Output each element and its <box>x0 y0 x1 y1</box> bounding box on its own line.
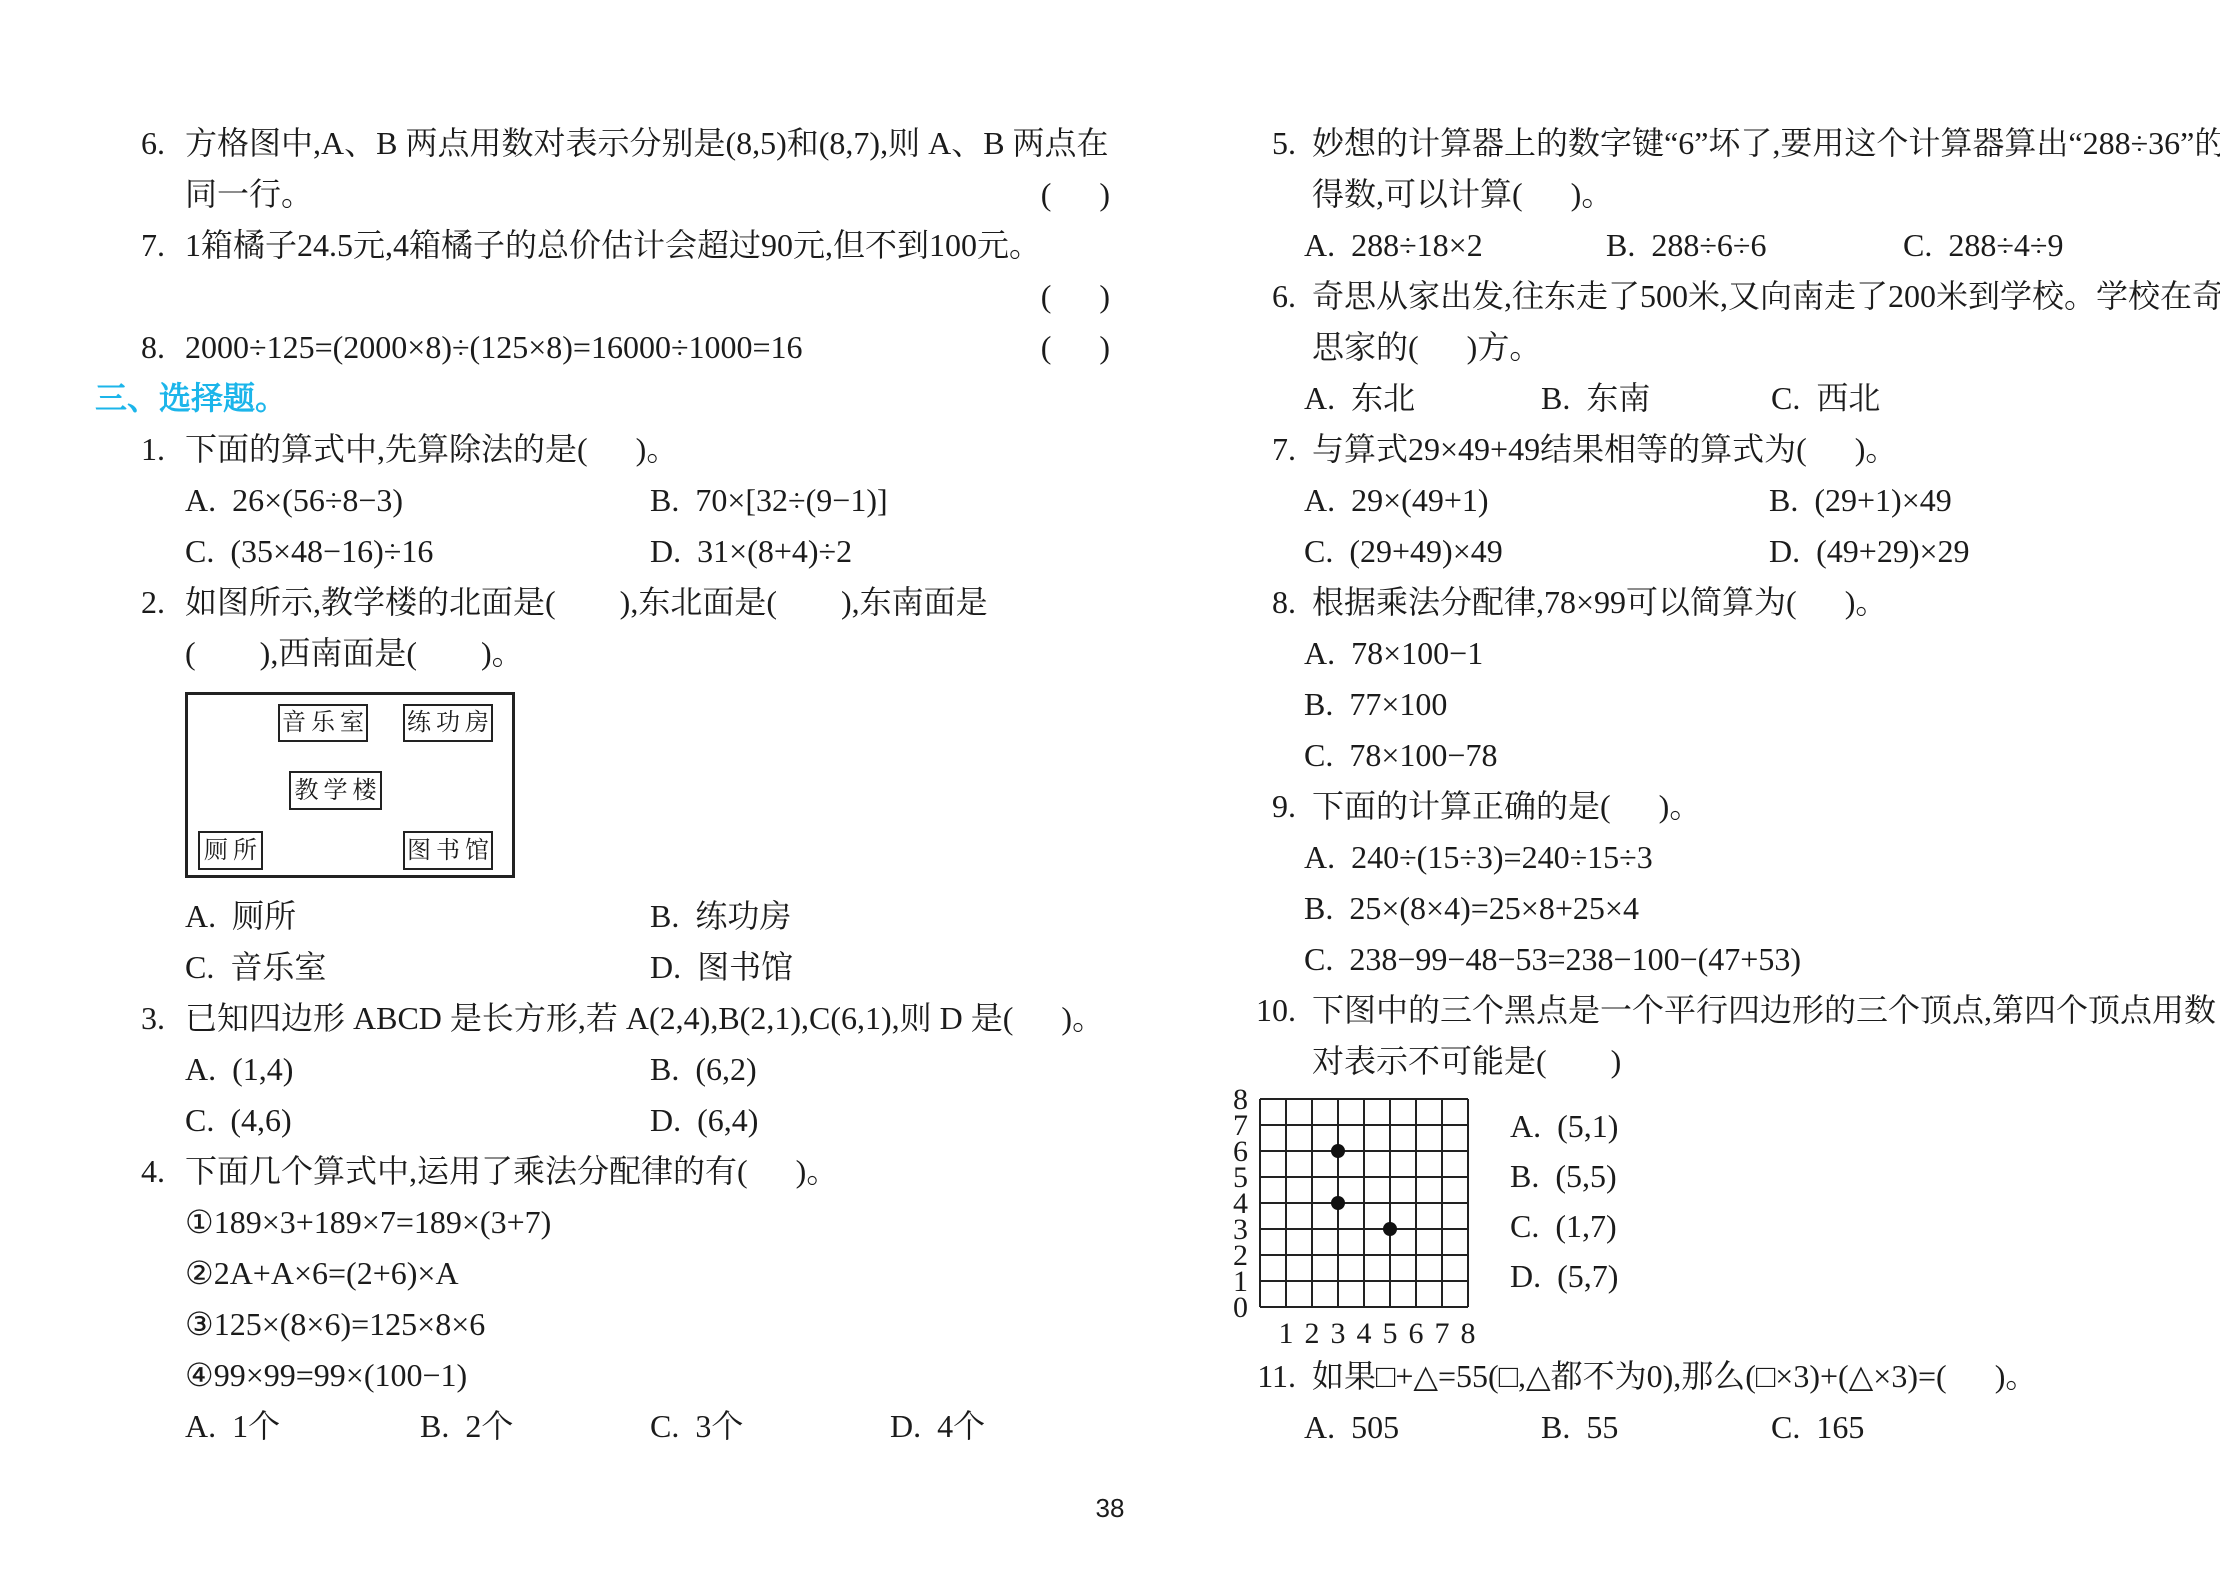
option-b: B. 288÷6÷6 <box>1606 220 1903 271</box>
choice-question-3: 3. 已知四边形 ABCD 是长方形,若 A(2,4),B(2,1),C(6,1… <box>95 993 1110 1044</box>
answer-blank: ( ) <box>185 271 1110 322</box>
question-text-line: 对表示不可能是( ) <box>1312 1036 2170 1087</box>
svg-text:5: 5 <box>1383 1317 1398 1350</box>
option-a: A. 78×100−1 <box>1304 628 2170 679</box>
option-d: D. 图书馆 <box>650 942 1110 993</box>
option-c: C. 238−99−48−53=238−100−(47+53) <box>1304 934 2170 985</box>
option-d: D. (49+29)×29 <box>1769 526 2170 577</box>
left-column: 6. 方格图中,A、B 两点用数对表示分别是(8,5)和(8,7),则 A、B … <box>95 118 1110 1452</box>
q11-options: A. 505 B. 55 C. 165 <box>1240 1402 2170 1453</box>
option-d: D. (5,7) <box>1510 1251 1618 1301</box>
option-b: B. 70×[32÷(9−1)] <box>650 475 1110 526</box>
svg-text:1: 1 <box>1279 1317 1294 1350</box>
option-c: C. (4,6) <box>185 1095 650 1146</box>
option-b: B. 25×(8×4)=25×8+25×4 <box>1304 883 2170 934</box>
question-text-line: 下面的计算正确的是( )。 <box>1312 781 2170 832</box>
question-number: 7. <box>1240 424 1312 475</box>
choice-question-8: 8. 根据乘法分配律,78×99可以简算为( )。 <box>1240 577 2170 628</box>
page-number: 38 <box>0 1495 2220 1521</box>
choice-question-2: 2. 如图所示,教学楼的北面是( ),东北面是( ),东南面是 ( ),西南面是… <box>95 577 1110 679</box>
question-number: 9. <box>1240 781 1312 832</box>
room-box-practice: 练功房 <box>403 704 493 742</box>
question-number: 1. <box>95 424 185 475</box>
option-a: A. 240÷(15÷3)=240÷15÷3 <box>1304 832 2170 883</box>
room-label-teaching-building: 教学楼 <box>295 779 382 803</box>
room-label-library: 图书馆 <box>407 839 494 863</box>
svg-text:8: 8 <box>1461 1317 1476 1350</box>
expression-3: ③125×(8×6)=125×8×6 <box>185 1299 1110 1350</box>
svg-text:2: 2 <box>1305 1317 1320 1350</box>
worksheet-page: 6. 方格图中,A、B 两点用数对表示分别是(8,5)和(8,7),则 A、B … <box>0 0 2220 1571</box>
q1-options: A. 26×(56÷8−3) B. 70×[32÷(9−1)] C. (35×4… <box>95 475 1110 577</box>
q5-options: A. 288÷18×2 B. 288÷6÷6 C. 288÷4÷9 <box>1240 220 2170 271</box>
option-d: D. 4个 <box>890 1401 1110 1452</box>
question-text-line: 已知四边形 ABCD 是长方形,若 A(2,4),B(2,1),C(6,1),则… <box>185 993 1110 1044</box>
q7-options: A. 29×(49+1) B. (29+1)×49 C. (29+49)×49 … <box>1240 475 2170 577</box>
question-text-line: 下面几个算式中,运用了乘法分配律的有( )。 <box>185 1146 1110 1197</box>
choice-question-1: 1. 下面的算式中,先算除法的是( )。 <box>95 424 1110 475</box>
option-c: C. 西北 <box>1771 373 2170 424</box>
option-a: A. 29×(49+1) <box>1304 475 1769 526</box>
question-text-line: 1箱橘子24.5元,4箱橘子的总价估计会超过90元,但不到100元。 <box>185 220 1110 271</box>
question-number: 6. <box>95 118 185 169</box>
q4-expressions: ①189×3+189×7=189×(3+7) ②2A+A×6=(2+6)×A ③… <box>185 1197 1110 1401</box>
option-b: B. (29+1)×49 <box>1769 475 2170 526</box>
question-text-line: 妙想的计算器上的数字键“6”坏了,要用这个计算器算出“288÷36”的 <box>1312 118 2170 169</box>
option-c: C. 3个 <box>650 1401 890 1452</box>
option-c: C. (1,7) <box>1510 1201 1618 1251</box>
room-box-teaching-building: 教学楼 <box>289 771 382 810</box>
option-b: B. (5,5) <box>1510 1151 1618 1201</box>
svg-text:6: 6 <box>1409 1317 1424 1350</box>
question-number: 10. <box>1240 985 1312 1036</box>
answer-blank: ( ) <box>1041 169 1110 220</box>
option-b: B. (6,2) <box>650 1044 1110 1095</box>
right-column: 5. 妙想的计算器上的数字键“6”坏了,要用这个计算器算出“288÷36”的 得… <box>1240 118 2170 1453</box>
choice-question-4: 4. 下面几个算式中,运用了乘法分配律的有( )。 ①189×3+189×7=1… <box>95 1146 1110 1401</box>
choice-question-6: 6. 奇思从家出发,往东走了500米,又向南走了200米到学校。学校在奇 思家的… <box>1240 271 2170 373</box>
svg-text:4: 4 <box>1357 1317 1372 1350</box>
option-a: A. 288÷18×2 <box>1304 220 1606 271</box>
expression-4: ④99×99=99×(100−1) <box>185 1350 1110 1401</box>
option-a: A. 1个 <box>185 1401 420 1452</box>
question-text-line: 根据乘法分配律,78×99可以简算为( )。 <box>1312 577 2170 628</box>
question-text-line: 下图中的三个黑点是一个平行四边形的三个顶点,第四个顶点用数 <box>1312 985 2170 1036</box>
option-c: C. 音乐室 <box>185 942 650 993</box>
question-number: 6. <box>1240 271 1312 322</box>
question-text-line: 得数,可以计算( )。 <box>1312 169 2170 220</box>
question-text-line: ( ),西南面是( )。 <box>185 628 1110 679</box>
judge-question-6: 6. 方格图中,A、B 两点用数对表示分别是(8,5)和(8,7),则 A、B … <box>95 118 1110 220</box>
question-text-line: 下面的算式中,先算除法的是( )。 <box>185 424 1110 475</box>
question-number: 8. <box>1240 577 1312 628</box>
option-d: D. (6,4) <box>650 1095 1110 1146</box>
question-text-line: 2000÷125=(2000×8)÷(125×8)=16000÷1000=16 <box>185 322 803 373</box>
coordinate-grid-svg: 01234567812345678 <box>1220 1089 1480 1351</box>
answer-blank: ( ) <box>1041 322 1110 373</box>
choice-question-9: 9. 下面的计算正确的是( )。 <box>1240 781 2170 832</box>
question-text-line: 与算式29×49+49结果相等的算式为( )。 <box>1312 424 2170 475</box>
question-text-line: 同一行。 <box>185 169 313 220</box>
choice-question-11: 11. 如果□+△=55(□,△都不为0),那么(□×3)+(△×3)=( )。 <box>1240 1351 2170 1402</box>
room-label-music: 音乐室 <box>282 711 369 735</box>
judge-question-7: 7. 1箱橘子24.5元,4箱橘子的总价估计会超过90元,但不到100元。 ( … <box>95 220 1110 322</box>
question-number: 5. <box>1240 118 1312 169</box>
q4-options: A. 1个 B. 2个 C. 3个 D. 4个 <box>95 1401 1110 1452</box>
option-b: B. 东南 <box>1541 373 1771 424</box>
q8-options: A. 78×100−1 B. 77×100 C. 78×100−78 <box>1240 628 2170 781</box>
question-number: 2. <box>95 577 185 628</box>
q10-figure-row: 01234567812345678 A. (5,1) B. (5,5) C. (… <box>1220 1089 2170 1351</box>
option-a: A. (1,4) <box>185 1044 650 1095</box>
q3-options: A. (1,4) B. (6,2) C. (4,6) D. (6,4) <box>95 1044 1110 1146</box>
room-label-toilet: 厕所 <box>204 839 262 863</box>
choice-question-7: 7. 与算式29×49+49结果相等的算式为( )。 <box>1240 424 2170 475</box>
room-box-music: 音乐室 <box>278 704 368 742</box>
question-text-line: 方格图中,A、B 两点用数对表示分别是(8,5)和(8,7),则 A、B 两点在 <box>185 118 1110 169</box>
question-number: 4. <box>95 1146 185 1197</box>
q2-options: A. 厕所 B. 练功房 C. 音乐室 D. 图书馆 <box>95 891 1110 993</box>
option-c: C. 78×100−78 <box>1304 730 2170 781</box>
choice-question-10: 10. 下图中的三个黑点是一个平行四边形的三个顶点,第四个顶点用数 对表示不可能… <box>1240 985 2170 1087</box>
svg-text:7: 7 <box>1435 1317 1450 1350</box>
option-a: A. 505 <box>1304 1402 1541 1453</box>
question-number: 8. <box>95 322 185 373</box>
option-a: A. 26×(56÷8−3) <box>185 475 650 526</box>
q6-options: A. 东北 B. 东南 C. 西北 <box>1240 373 2170 424</box>
question-text-line: 如图所示,教学楼的北面是( ),东北面是( ),东南面是 <box>185 577 1110 628</box>
option-a: A. (5,1) <box>1510 1101 1618 1151</box>
option-b: B. 练功房 <box>650 891 1110 942</box>
judge-question-8: 8. 2000÷125=(2000×8)÷(125×8)=16000÷1000=… <box>95 322 1110 373</box>
question-number: 11. <box>1240 1351 1312 1402</box>
room-box-toilet: 厕所 <box>198 831 263 870</box>
campus-map-figure: 音乐室 练功房 教学楼 厕所 图书馆 <box>185 692 515 878</box>
question-number: 7. <box>95 220 185 271</box>
expression-1: ①189×3+189×7=189×(3+7) <box>185 1197 1110 1248</box>
option-c: C. (29+49)×49 <box>1304 526 1769 577</box>
question-number: 3. <box>95 993 185 1044</box>
option-b: B. 2个 <box>420 1401 650 1452</box>
svg-text:8: 8 <box>1233 1089 1248 1116</box>
question-text-line: 思家的( )方。 <box>1312 322 2170 373</box>
question-text-line: 如果□+△=55(□,△都不为0),那么(□×3)+(△×3)=( )。 <box>1312 1351 2170 1402</box>
section-title-choice: 三、选择题。 <box>95 373 1110 424</box>
q10-options: A. (5,1) B. (5,5) C. (1,7) D. (5,7) <box>1510 1089 1618 1301</box>
option-b: B. 55 <box>1541 1402 1771 1453</box>
svg-text:3: 3 <box>1331 1317 1346 1350</box>
option-c: C. (35×48−16)÷16 <box>185 526 650 577</box>
choice-question-5: 5. 妙想的计算器上的数字键“6”坏了,要用这个计算器算出“288÷36”的 得… <box>1240 118 2170 220</box>
option-c: C. 288÷4÷9 <box>1903 220 2170 271</box>
option-d: D. 31×(8+4)÷2 <box>650 526 1110 577</box>
question-text-line: 奇思从家出发,往东走了500米,又向南走了200米到学校。学校在奇 <box>1312 271 2170 322</box>
option-a: A. 东北 <box>1304 373 1541 424</box>
room-box-library: 图书馆 <box>403 831 493 870</box>
option-b: B. 77×100 <box>1304 679 2170 730</box>
option-c: C. 165 <box>1771 1402 2170 1453</box>
expression-2: ②2A+A×6=(2+6)×A <box>185 1248 1110 1299</box>
q9-options: A. 240÷(15÷3)=240÷15÷3 B. 25×(8×4)=25×8+… <box>1240 832 2170 985</box>
room-label-practice: 练功房 <box>407 711 494 735</box>
option-a: A. 厕所 <box>185 891 650 942</box>
